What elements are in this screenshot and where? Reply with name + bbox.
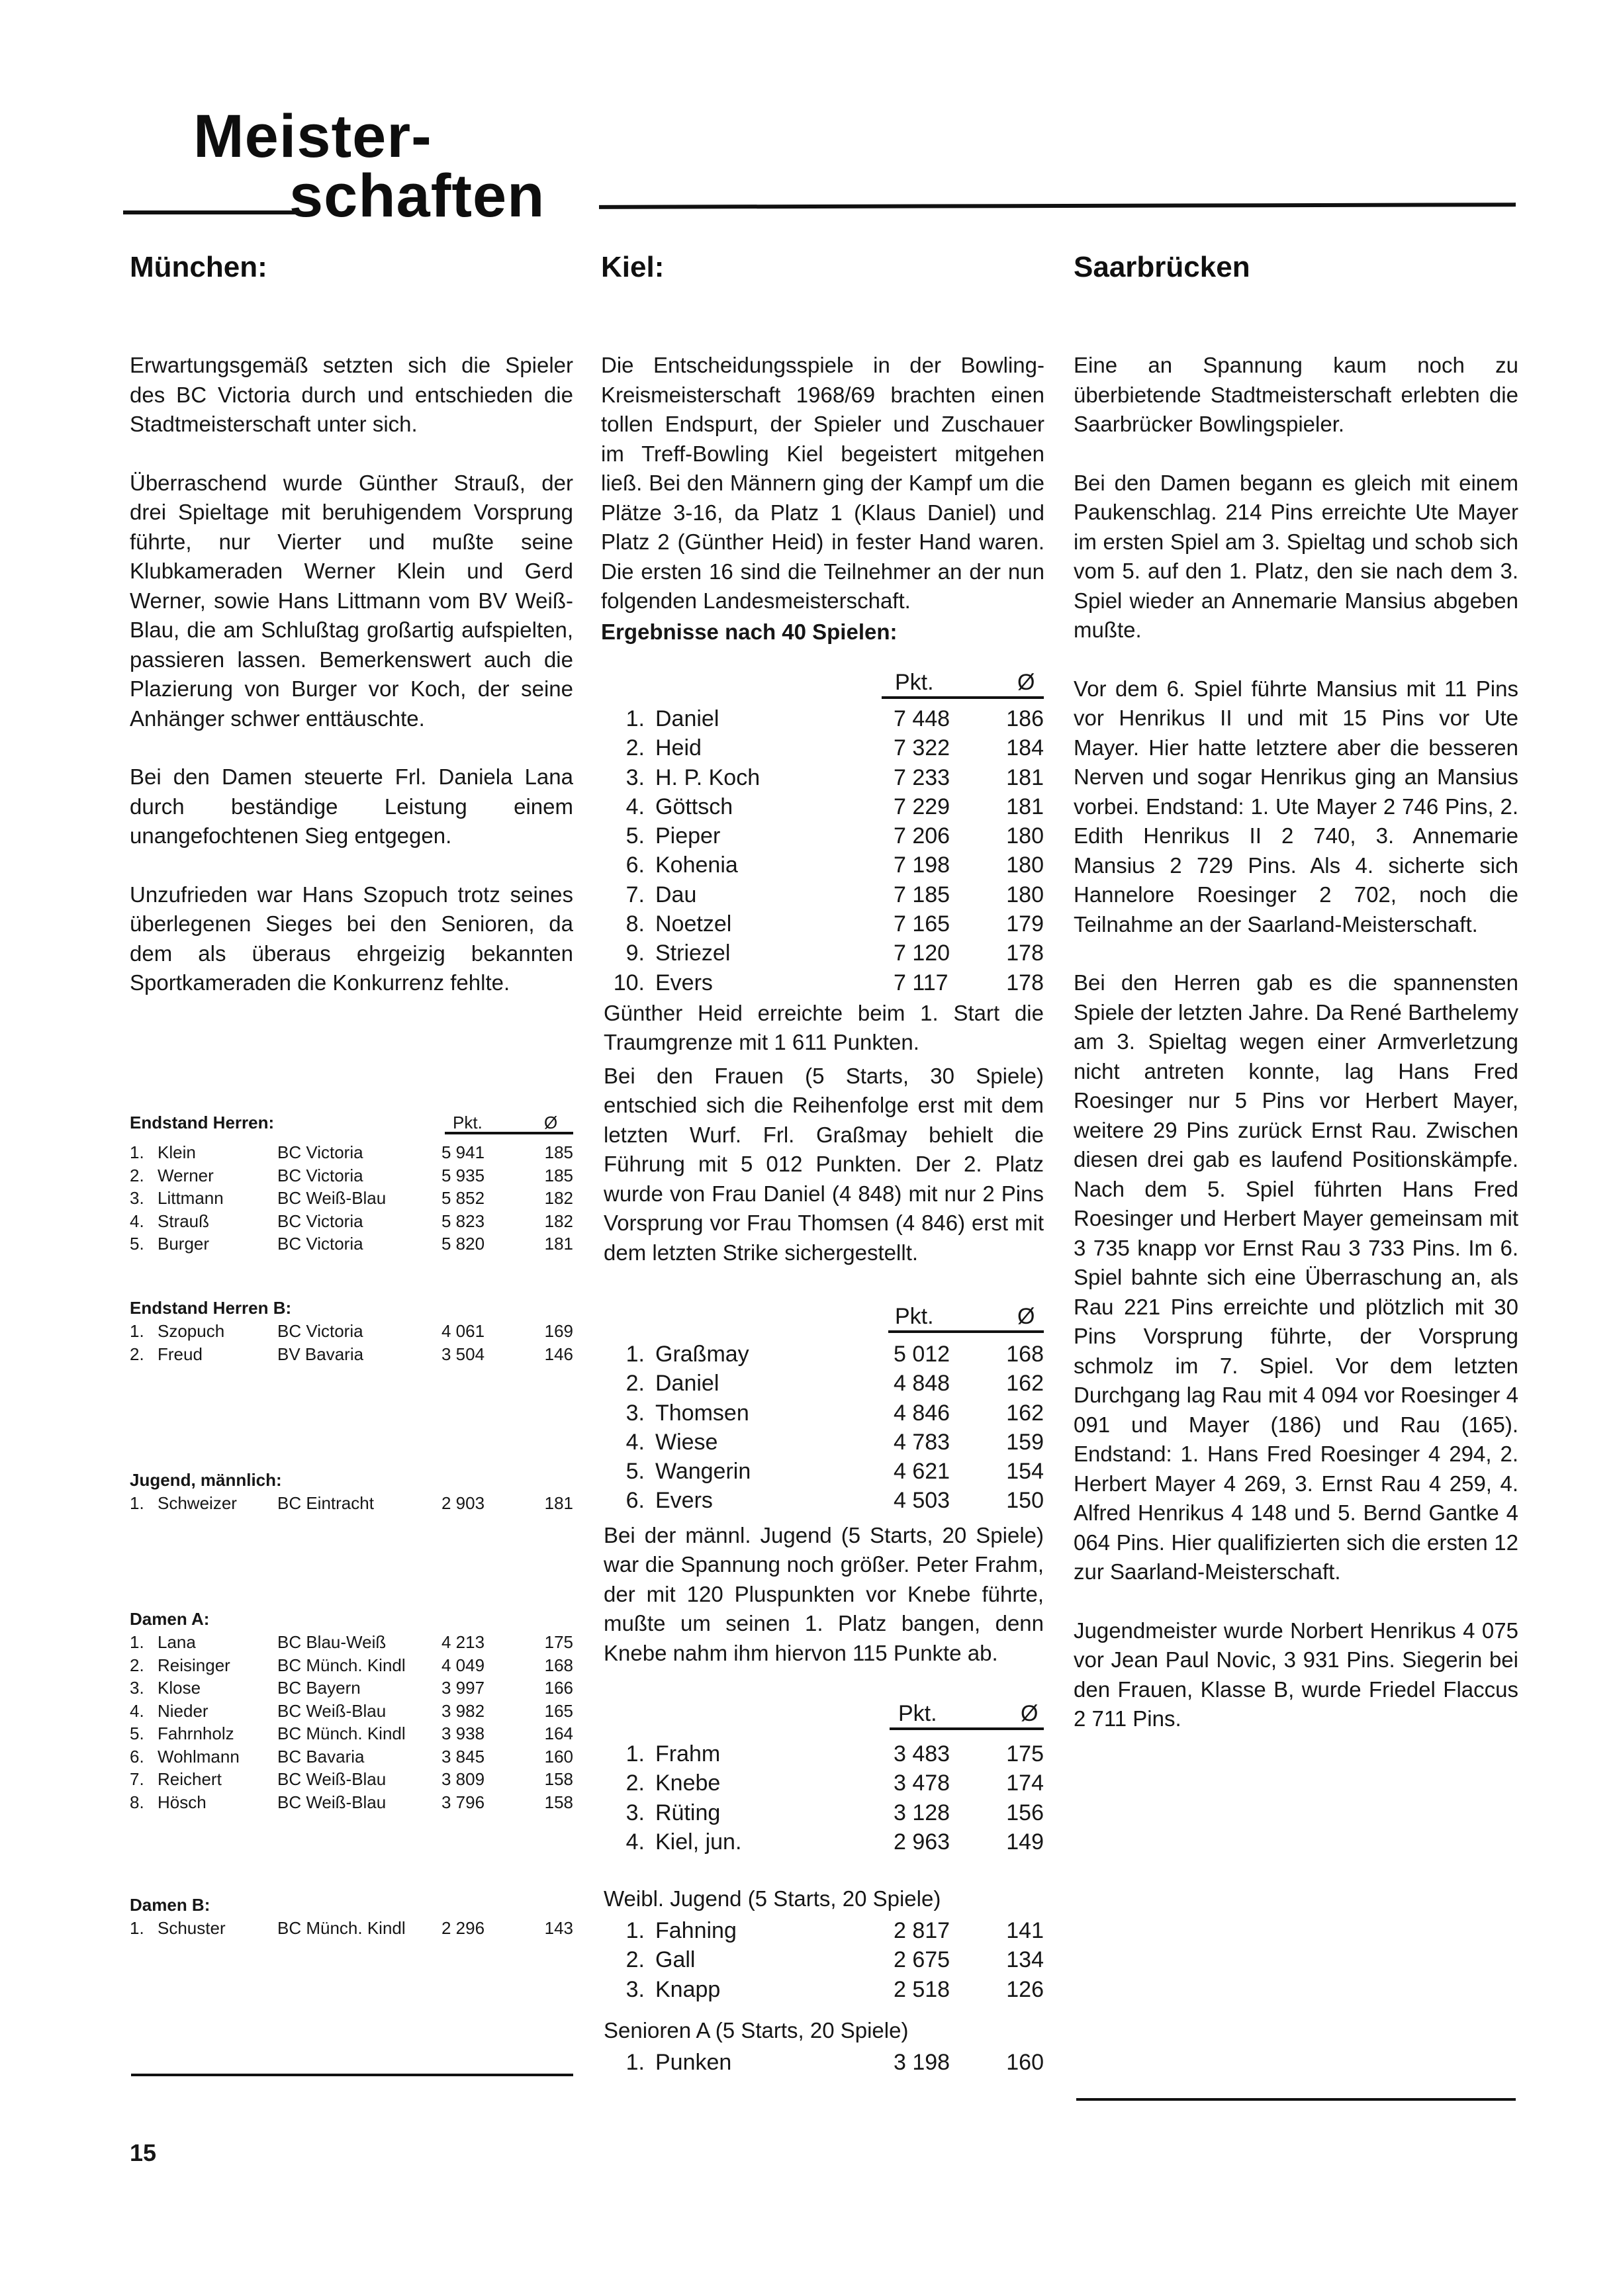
table-column-header: Pkt. Ø xyxy=(604,1303,1044,1333)
title-rule-left xyxy=(123,210,300,214)
table-row: 7.ReichertBC Weiß-Blau3 809158 xyxy=(130,1768,573,1791)
table-endstand-herren-b: Endstand Herren B: 1.SzopuchBC Victoria4… xyxy=(130,1296,573,1365)
table-row: 1.Graßmay5 012168 xyxy=(604,1340,1044,1369)
table-row: 1.Frahm3 483175 xyxy=(604,1739,1044,1768)
table-column-header: Pkt. Ø xyxy=(604,1700,1044,1730)
table-row: 2.FreudBV Bavaria3 504146 xyxy=(130,1343,573,1366)
table-row: 8.Noetzel7 165179 xyxy=(604,909,1044,939)
table-row: 9.Striezel7 120178 xyxy=(604,939,1044,968)
muenchen-paragraph: Erwartungsgemäß setzten sich die Spieler… xyxy=(130,351,573,439)
saarbruecken-paragraph: Bei den Herren gab es die spannensten Sp… xyxy=(1074,968,1518,1587)
saarbruecken-heading: Saarbrücken xyxy=(1074,250,1518,285)
table-row: 5.Wangerin4 621154 xyxy=(604,1457,1044,1486)
table-row: 2.Heid7 322184 xyxy=(604,733,1044,762)
saarbruecken-paragraph: Bei den Damen begann es gleich mit einem… xyxy=(1074,469,1518,645)
muenchen-bottom-rule xyxy=(131,2074,573,2076)
kiel-girls-heading: Weibl. Jugend (5 Starts, 20 Spiele) xyxy=(604,1884,1044,1916)
table-row: 2.Gall2 675134 xyxy=(604,1945,1044,1974)
col-pts-label: Pkt. xyxy=(895,1304,934,1330)
table-row: 2.Daniel4 848162 xyxy=(604,1369,1044,1398)
kiel-women-text: Bei den Frauen (5 Starts, 30 Spiele) ent… xyxy=(604,1062,1044,1268)
table-row: 4.StraußBC Victoria5 823182 xyxy=(130,1210,573,1233)
table-row: 3.Knapp2 518126 xyxy=(604,1975,1044,2004)
table-column-header: Pkt. Ø xyxy=(445,1111,573,1134)
title-line-1: Meister- xyxy=(193,106,545,167)
muenchen-paragraph: Bei den Damen steuerte Frl. Daniela Lana… xyxy=(130,762,573,851)
column-muenchen: München: Erwartungsgemäß setzten sich di… xyxy=(130,250,573,998)
table-row: 1.LanaBC Blau-Weiß4 213175 xyxy=(130,1631,573,1654)
kiel-heid-note: Günther Heid erreichte beim 1. Start die… xyxy=(604,999,1044,1058)
saarbruecken-paragraph: Jugendmeister wurde Norbert Henrikus 4 0… xyxy=(1074,1616,1518,1734)
table-row: 1.Fahning2 817141 xyxy=(604,1916,1044,1945)
table-jugend-maennlich: Jugend, männlich: 1.SchweizerBC Eintrach… xyxy=(130,1468,573,1515)
kiel-results-heading: Ergebnisse nach 40 Spielen: xyxy=(601,618,1044,647)
table-row: 3.LittmannBC Weiß-Blau5 852182 xyxy=(130,1187,573,1210)
table-row: 6.Kohenia7 198180 xyxy=(604,850,1044,880)
col-pts-label: Pkt. xyxy=(895,670,934,696)
table-row: 2.WernerBC Victoria5 935185 xyxy=(130,1164,573,1187)
kiel-seniors-heading: Senioren A (5 Starts, 20 Spiele) xyxy=(604,2016,1044,2048)
table-kiel-men: Pkt. Ø 1.Daniel7 448186 2.Heid7 322184 3… xyxy=(604,668,1044,1267)
muenchen-paragraph: Überraschend wurde Günther Strauß, der d… xyxy=(130,469,573,734)
table-title: Endstand Herren: Pkt. Ø xyxy=(130,1111,573,1134)
saarbruecken-paragraph: Eine an Spannung kaum noch zu überbieten… xyxy=(1074,351,1518,439)
table-title: Damen B: xyxy=(130,1893,573,1917)
muenchen-heading: München: xyxy=(130,250,573,285)
table-row: 3.Rüting3 128156 xyxy=(604,1798,1044,1827)
table-row: 8.HöschBC Weiß-Blau3 796158 xyxy=(130,1791,573,1814)
kiel-youth-text: Bei der männl. Jugend (5 Starts, 20 Spie… xyxy=(604,1521,1044,1669)
table-row: 6.Evers4 503150 xyxy=(604,1486,1044,1515)
col-avg-label: Ø xyxy=(1017,670,1035,696)
table-row: 5.FahrnholzBC Münch. Kindl3 938164 xyxy=(130,1722,573,1745)
table-row: 5.BurgerBC Victoria5 820181 xyxy=(130,1232,573,1256)
table-row: 4.NiederBC Weiß-Blau3 982165 xyxy=(130,1700,573,1723)
table-title: Endstand Herren B: xyxy=(130,1296,573,1320)
page-number: 15 xyxy=(130,2139,156,2167)
table-row: 7.Dau7 185180 xyxy=(604,880,1044,909)
table-row: 5.Pieper7 206180 xyxy=(604,821,1044,850)
table-row: 1.KleinBC Victoria5 941185 xyxy=(130,1141,573,1164)
saarbruecken-bottom-rule xyxy=(1076,2098,1516,2101)
table-row: 2.Knebe3 478174 xyxy=(604,1768,1044,1798)
table-row: 6.WohlmannBC Bavaria3 845160 xyxy=(130,1745,573,1768)
col-avg-label: Ø xyxy=(1017,1304,1035,1330)
table-row: 2.ReisingerBC Münch. Kindl4 049168 xyxy=(130,1654,573,1677)
table-row: 1.SchweizerBC Eintracht2 903181 xyxy=(130,1492,573,1515)
table-title: Jugend, männlich: xyxy=(130,1468,573,1492)
table-row: 4.Kiel, jun.2 963149 xyxy=(604,1827,1044,1857)
table-row: 3.Thomsen4 846162 xyxy=(604,1399,1044,1428)
table-damen-a: Damen A: 1.LanaBC Blau-Weiß4 213175 2.Re… xyxy=(130,1607,573,1814)
table-row: 10.Evers7 117178 xyxy=(604,968,1044,997)
title-line-2: schaften xyxy=(289,165,545,226)
kiel-heading: Kiel: xyxy=(601,250,1044,285)
page-title: Meister- schaften xyxy=(193,106,545,226)
column-kiel: Kiel: Die Entscheidungsspiele in der Bow… xyxy=(601,250,1044,647)
table-row: 4.Göttsch7 229181 xyxy=(604,792,1044,821)
table-row: 3.KloseBC Bayern3 997166 xyxy=(130,1676,573,1700)
table-column-header: Pkt. Ø xyxy=(604,668,1044,699)
column-saarbruecken: Saarbrücken Eine an Spannung kaum noch z… xyxy=(1074,250,1518,1734)
table-row: 1.Daniel7 448186 xyxy=(604,704,1044,733)
table-kiel-women: Pkt. Ø 1.Graßmay5 012168 2.Daniel4 84816… xyxy=(604,1303,1044,1668)
table-title: Damen A: xyxy=(130,1607,573,1631)
kiel-intro: Die Entscheidungsspiele in der Bowling-K… xyxy=(601,351,1044,616)
saarbruecken-paragraph: Vor dem 6. Spiel führte Mansius mit 11 P… xyxy=(1074,674,1518,940)
col-pts-label: Pkt. xyxy=(898,1701,937,1727)
table-row: 1.Punken3 198160 xyxy=(604,2048,1044,2077)
muenchen-paragraph: Unzufrieden war Hans Szopuch trotz seine… xyxy=(130,880,573,998)
table-row: 1.SchusterBC Münch. Kindl2 296143 xyxy=(130,1917,573,1940)
table-row: 1.SzopuchBC Victoria4 061169 xyxy=(130,1320,573,1343)
table-endstand-herren: Endstand Herren: Pkt. Ø 1.KleinBC Victor… xyxy=(130,1111,573,1256)
col-pts-label: Pkt. xyxy=(453,1111,483,1134)
table-row: 4.Wiese4 783159 xyxy=(604,1428,1044,1457)
title-rule-right xyxy=(599,203,1516,209)
col-avg-label: Ø xyxy=(1021,1701,1038,1727)
col-avg-label: Ø xyxy=(544,1111,557,1134)
table-row: 3.H. P. Koch7 233181 xyxy=(604,763,1044,792)
table-damen-b: Damen B: 1.SchusterBC Münch. Kindl2 2961… xyxy=(130,1893,573,1940)
table-kiel-youth: Pkt. Ø 1.Frahm3 483175 2.Knebe3 478174 3… xyxy=(604,1700,1044,2077)
